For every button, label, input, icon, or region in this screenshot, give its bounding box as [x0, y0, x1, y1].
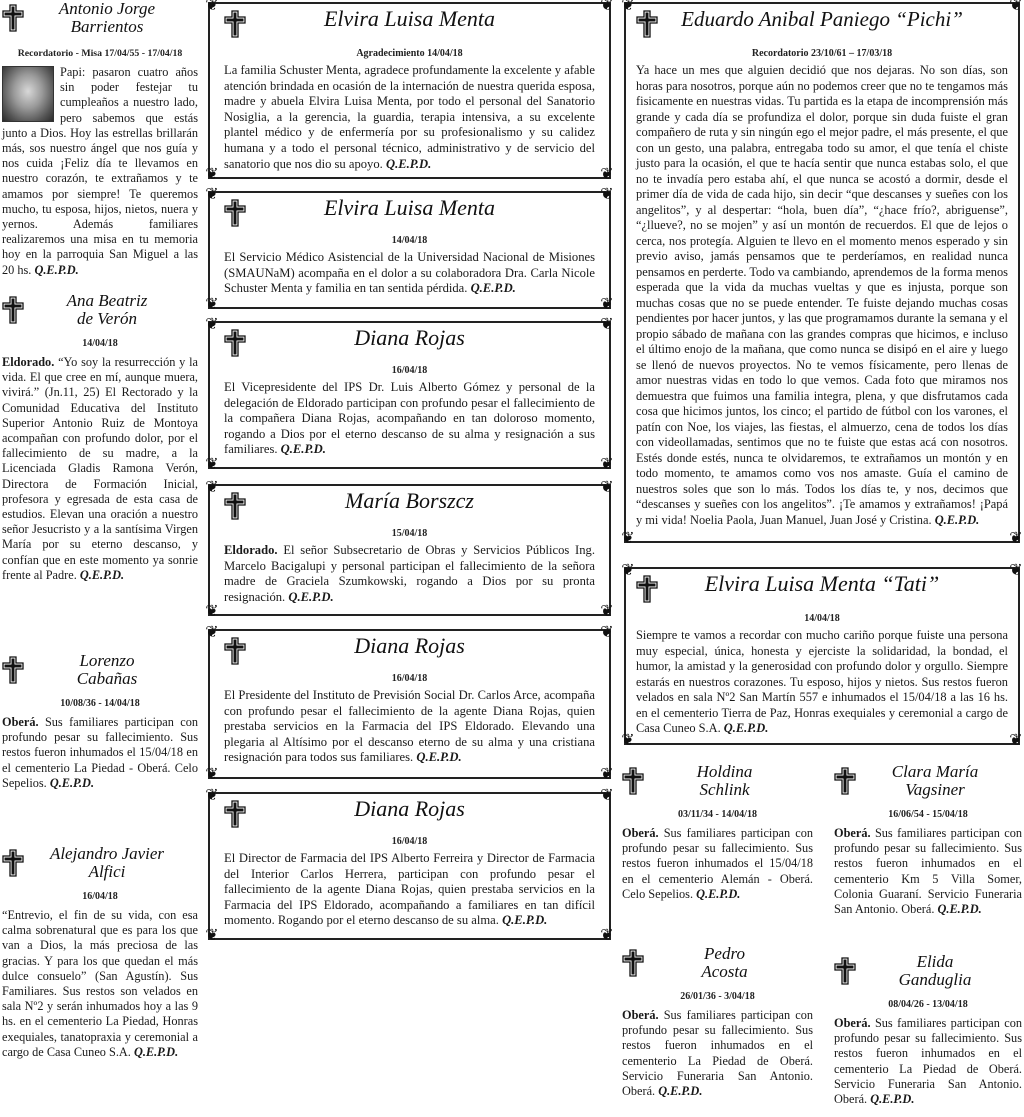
location-lead: Oberá.	[834, 826, 871, 840]
notice-rojas-presidente: ❦ ❦ ❦ ❦ Diana Rojas 16/04/18 El Presiden…	[208, 629, 611, 779]
notice-header: María Borszcz	[224, 488, 595, 520]
notice-borszcz: ❦ ❦ ❦ ❦ María Borszcz 15/04/18 Eldorado.…	[208, 484, 611, 616]
qepd-signoff: Q.E.P.D.	[870, 1092, 914, 1106]
deceased-name: Elida Ganduglia	[856, 953, 1022, 989]
notice-header: Lorenzo Cabañas	[2, 652, 198, 688]
cross-icon	[622, 767, 644, 795]
corner-ornament-icon: ❦	[1007, 562, 1024, 580]
corner-ornament-icon: ❦	[203, 603, 221, 621]
notice-paniego: ❦ ❦ ❦ ❦ Eduardo Anibal Paniego “Pichi” R…	[624, 2, 1020, 543]
deceased-name: Pedro Acosta	[644, 945, 813, 981]
notice-subtitle: Recordatorio 23/10/61 – 17/03/18	[636, 48, 1008, 59]
corner-ornament-icon: ❦	[598, 0, 616, 15]
notice-body: Siempre te vamos a recordar con mucho ca…	[636, 628, 1008, 737]
notice-body: El Director de Farmacia del IPS Alberto …	[224, 851, 595, 929]
notice-header: Elvira Luisa Menta	[224, 6, 595, 38]
notice-menta-tati: ❦ ❦ ❦ ❦ Elvira Luisa Menta “Tati” 14/04/…	[624, 567, 1020, 745]
corner-ornament-icon: ❦	[203, 927, 221, 945]
notice-subtitle: 08/04/26 - 13/04/18	[834, 999, 1022, 1010]
notice-subtitle: 10/08/36 - 14/04/18	[2, 698, 198, 709]
notice-header: Clara María Vagsiner	[834, 763, 1022, 799]
qepd-signoff: Q.E.P.D.	[386, 157, 431, 171]
notice-alfici: Alejandro Javier Alfici 16/04/18 “Entrev…	[0, 845, 200, 1060]
cross-icon	[834, 767, 856, 795]
notice-menta-smaunam: ❦ ❦ ❦ ❦ Elvira Luisa Menta 14/04/18 El S…	[208, 191, 611, 309]
corner-ornament-icon: ❦	[598, 296, 616, 314]
qepd-signoff: Q.E.P.D.	[416, 750, 461, 764]
corner-ornament-icon: ❦	[598, 603, 616, 621]
notice-cabanas: Lorenzo Cabañas 10/08/36 - 14/04/18 Ober…	[0, 652, 200, 791]
notice-subtitle: 03/11/34 - 14/04/18	[622, 809, 813, 820]
deceased-name: Alejandro Javier Alfici	[24, 845, 198, 881]
cross-icon	[834, 957, 856, 985]
notice-acosta: Pedro Acosta 26/01/36 - 3/04/18 Oberá. S…	[620, 945, 815, 1099]
notice-subtitle: Recordatorio - Misa 17/04/55 - 17/04/18	[2, 48, 198, 59]
notice-subtitle: 16/04/18	[224, 836, 595, 847]
notice-body: Oberá. Sus familiares participan con pro…	[2, 715, 198, 791]
notice-body: Papi: pasaron cuatro años sin poder fest…	[2, 65, 198, 278]
notice-subtitle: 14/04/18	[636, 613, 1008, 624]
notice-header: Alejandro Javier Alfici	[2, 845, 198, 881]
notice-subtitle: 14/04/18	[2, 338, 198, 349]
cross-icon	[224, 637, 246, 665]
corner-ornament-icon: ❦	[598, 927, 616, 945]
qepd-signoff: Q.E.P.D.	[281, 442, 326, 456]
location-lead: Oberá.	[622, 826, 659, 840]
corner-ornament-icon: ❦	[598, 624, 616, 642]
deceased-name: Antonio Jorge Barrientos	[24, 0, 198, 36]
notice-vagsiner: Clara María Vagsiner 16/06/54 - 15/04/18…	[832, 763, 1024, 917]
notice-header: Pedro Acosta	[622, 945, 813, 981]
corner-ornament-icon: ❦	[203, 316, 221, 334]
notice-body: Oberá. Sus familiares participan con pro…	[622, 826, 813, 902]
corner-ornament-icon: ❦	[1007, 0, 1024, 15]
corner-ornament-icon: ❦	[203, 296, 221, 314]
corner-ornament-icon: ❦	[1007, 530, 1024, 548]
location-lead: Oberá.	[622, 1008, 659, 1022]
notice-rojas-vicepresidente: ❦ ❦ ❦ ❦ Diana Rojas 16/04/18 El Vicepres…	[208, 321, 611, 469]
notice-body: Eldorado. El señor Subsecretario de Obra…	[224, 543, 595, 605]
qepd-signoff: Q.E.P.D.	[658, 1084, 702, 1098]
deceased-name: Holdina Schlink	[644, 763, 813, 799]
qepd-signoff: Q.E.P.D.	[134, 1045, 178, 1059]
qepd-signoff: Q.E.P.D.	[471, 281, 516, 295]
deceased-name: Diana Rojas	[246, 325, 595, 351]
notice-menta-agradecimiento: ❦ ❦ ❦ ❦ Elvira Luisa Menta Agradecimient…	[208, 2, 611, 179]
corner-ornament-icon: ❦	[619, 562, 637, 580]
cross-icon	[224, 10, 246, 38]
deceased-name: Diana Rojas	[246, 796, 595, 822]
notice-header: Diana Rojas	[224, 325, 595, 357]
cross-icon	[224, 492, 246, 520]
deceased-name: Elvira Luisa Menta “Tati”	[658, 571, 1008, 597]
location-lead: Oberá.	[834, 1016, 871, 1030]
notice-subtitle: 16/04/18	[2, 891, 198, 902]
corner-ornament-icon: ❦	[203, 456, 221, 474]
notice-header: Holdina Schlink	[622, 763, 813, 799]
corner-ornament-icon: ❦	[1007, 732, 1024, 750]
corner-ornament-icon: ❦	[619, 732, 637, 750]
notice-header: Diana Rojas	[224, 796, 595, 828]
deceased-name: Clara María Vagsiner	[856, 763, 1022, 799]
notice-veron: Ana Beatriz de Verón 14/04/18 Eldorado. …	[0, 292, 200, 583]
corner-ornament-icon: ❦	[598, 787, 616, 805]
notice-body: Eldorado. “Yo soy la resurrección y la v…	[2, 355, 198, 583]
qepd-signoff: Q.E.P.D.	[502, 913, 547, 927]
cross-icon	[636, 10, 658, 38]
notice-rojas-farmacia: ❦ ❦ ❦ ❦ Diana Rojas 16/04/18 El Director…	[208, 792, 611, 940]
notice-subtitle: 16/04/18	[224, 673, 595, 684]
cross-icon	[2, 4, 24, 32]
corner-ornament-icon: ❦	[203, 766, 221, 784]
notice-header: Elvira Luisa Menta	[224, 195, 595, 227]
qepd-signoff: Q.E.P.D.	[288, 590, 333, 604]
deceased-name: Ana Beatriz de Verón	[24, 292, 198, 328]
corner-ornament-icon: ❦	[203, 0, 221, 15]
cross-icon	[2, 656, 24, 684]
deceased-name: Lorenzo Cabañas	[24, 652, 198, 688]
corner-ornament-icon: ❦	[598, 316, 616, 334]
notice-ganduglia: Elida Ganduglia 08/04/26 - 13/04/18 Ober…	[832, 953, 1024, 1107]
notice-subtitle: 26/01/36 - 3/04/18	[622, 991, 813, 1002]
corner-ornament-icon: ❦	[598, 166, 616, 184]
notice-body: Oberá. Sus familiares participan con pro…	[834, 826, 1022, 917]
corner-ornament-icon: ❦	[203, 787, 221, 805]
qepd-signoff: Q.E.P.D.	[938, 902, 982, 916]
qepd-signoff: Q.E.P.D.	[696, 887, 740, 901]
right-column: ❦ ❦ ❦ ❦ Eduardo Anibal Paniego “Pichi” R…	[620, 0, 1024, 1117]
qepd-signoff: Q.E.P.D.	[935, 513, 980, 527]
notice-subtitle: 16/06/54 - 15/04/18	[834, 809, 1022, 820]
qepd-signoff: Q.E.P.D.	[80, 568, 124, 582]
corner-ornament-icon: ❦	[203, 186, 221, 204]
cross-icon	[2, 849, 24, 877]
cross-icon	[224, 800, 246, 828]
deceased-name: Eduardo Anibal Paniego “Pichi”	[658, 6, 1008, 32]
notice-subtitle: 15/04/18	[224, 528, 595, 539]
notice-body: Ya hace un mes que alguien decidió que n…	[636, 63, 1008, 528]
location-lead: Eldorado.	[2, 355, 54, 369]
notice-subtitle: 16/04/18	[224, 365, 595, 376]
notice-body: Oberá. Sus familiares participan con pro…	[834, 1016, 1022, 1107]
notice-subtitle: 14/04/18	[224, 235, 595, 246]
deceased-name: Diana Rojas	[246, 633, 595, 659]
corner-ornament-icon: ❦	[598, 479, 616, 497]
cross-icon	[622, 949, 644, 977]
notice-header: Elida Ganduglia	[834, 953, 1022, 989]
deceased-name: Elvira Luisa Menta	[246, 6, 595, 32]
notice-body: La familia Schuster Menta, agradece prof…	[224, 63, 595, 172]
qepd-signoff: Q.E.P.D.	[724, 721, 769, 735]
notice-body: Oberá. Sus familiares participan con pro…	[622, 1008, 813, 1099]
notice-header: Elvira Luisa Menta “Tati”	[636, 571, 1008, 603]
portrait-photo	[2, 66, 54, 122]
notice-schlink: Holdina Schlink 03/11/34 - 14/04/18 Ober…	[620, 763, 815, 902]
corner-ornament-icon: ❦	[203, 166, 221, 184]
notice-body: El Vicepresidente del IPS Dr. Luis Alber…	[224, 380, 595, 458]
notice-body: El Servicio Médico Asistencial de la Uni…	[224, 250, 595, 297]
qepd-signoff: Q.E.P.D.	[50, 776, 94, 790]
location-lead: Eldorado.	[224, 543, 278, 557]
middle-column: ❦ ❦ ❦ ❦ Elvira Luisa Menta Agradecimient…	[205, 0, 615, 1117]
cross-icon	[2, 296, 24, 324]
notice-header: Diana Rojas	[224, 633, 595, 665]
notice-header: Antonio Jorge Barrientos	[2, 0, 198, 36]
notice-body: “Entrevio, el fin de su vida, con esa ca…	[2, 908, 198, 1060]
corner-ornament-icon: ❦	[203, 479, 221, 497]
corner-ornament-icon: ❦	[619, 530, 637, 548]
corner-ornament-icon: ❦	[203, 624, 221, 642]
corner-ornament-icon: ❦	[598, 456, 616, 474]
cross-icon	[224, 329, 246, 357]
cross-icon	[636, 575, 658, 603]
corner-ornament-icon: ❦	[598, 766, 616, 784]
notice-subtitle: Agradecimiento 14/04/18	[224, 48, 595, 59]
notice-barrientos: Antonio Jorge Barrientos Recordatorio - …	[0, 0, 200, 278]
deceased-name: María Borszcz	[246, 488, 595, 514]
notice-header: Eduardo Anibal Paniego “Pichi”	[636, 6, 1008, 38]
notice-body: El Presidente del Instituto de Previsión…	[224, 688, 595, 766]
deceased-name: Elvira Luisa Menta	[246, 195, 595, 221]
corner-ornament-icon: ❦	[619, 0, 637, 15]
qepd-signoff: Q.E.P.D.	[34, 263, 78, 277]
cross-icon	[224, 199, 246, 227]
location-lead: Oberá.	[2, 715, 39, 729]
corner-ornament-icon: ❦	[598, 186, 616, 204]
notice-header: Ana Beatriz de Verón	[2, 292, 198, 328]
